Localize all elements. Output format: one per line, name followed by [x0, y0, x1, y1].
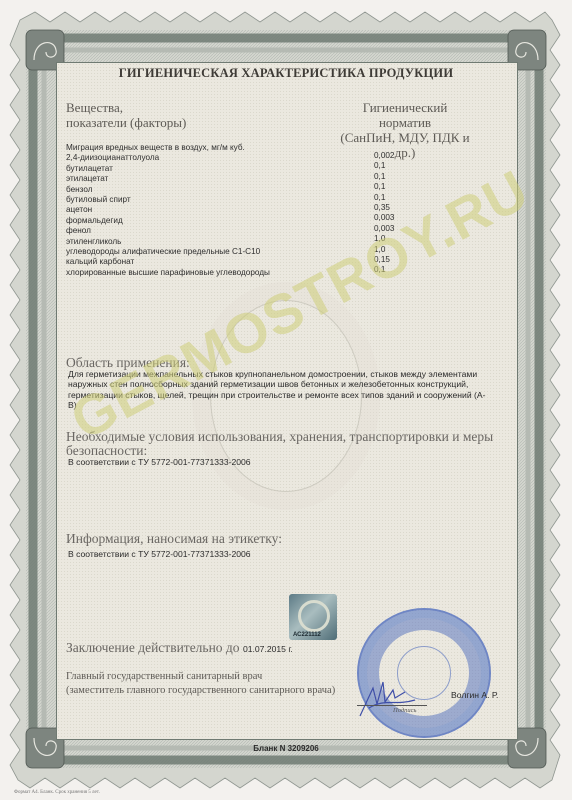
signatory-name: Волгин А. Р. [451, 690, 498, 700]
signature-line [357, 705, 427, 706]
norm-column-header: Гигиенический норматив (СанПиН, МДУ, ПДК… [330, 100, 480, 160]
blank-number: Бланк N 3209206 [0, 744, 572, 753]
substance-list: Миграция вредных веществ в воздух, мг/м … [66, 143, 270, 278]
signatory-title: Главный государственный санитарный врач … [66, 670, 335, 698]
substance-name: хлорированные высшие парафиновые углевод… [66, 268, 270, 278]
substance-norm-value: 1,0 [374, 234, 395, 244]
substance-name: этиленгликоль [66, 237, 270, 247]
signature-label: Подпись [393, 707, 417, 714]
label-info-heading: Информация, наносимая на этикетку: [66, 531, 282, 547]
substance-name: этилацетат [66, 174, 270, 184]
certificate-page: ГИГИЕНИЧЕСКАЯ ХАРАКТЕРИСТИКА ПРОДУКЦИИ В… [0, 0, 572, 800]
conditions-heading: Необходимые условия использования, хране… [66, 430, 496, 458]
substance-norm-value: 0,35 [374, 203, 395, 213]
substance-norm-value: 0,002 [374, 151, 395, 161]
substance-name: углеводороды алифатические предельные С1… [66, 247, 270, 257]
label-info-text: В соответствии с ТУ 5772-001-77371333-20… [68, 549, 488, 559]
substance-name: фенол [66, 226, 270, 236]
footer-note: Формат А4. Бланк. Срок хранения 5 лет. [14, 790, 100, 795]
substances-column-header: Вещества, показатели (факторы) [66, 100, 186, 130]
substance-norm-value: 0,1 [374, 265, 395, 275]
migration-header: Миграция вредных веществ в воздух, мг/м … [66, 143, 270, 153]
validity-date: 01.07.2015 г. [243, 644, 293, 654]
document-title: ГИГИЕНИЧЕСКАЯ ХАРАКТЕРИСТИКА ПРОДУКЦИИ [0, 66, 572, 81]
substance-name: бензол [66, 185, 270, 195]
validity-line: Заключение действительно до 01.07.2015 г… [66, 640, 293, 656]
validity-label: Заключение действительно до [66, 640, 240, 655]
substance-name: кальций карбонат [66, 257, 270, 267]
conditions-text: В соответствии с ТУ 5772-001-77371333-20… [68, 457, 488, 467]
hologram-code: АС221112 [293, 632, 321, 638]
substance-name: ацетон [66, 205, 270, 215]
substance-norm-value: 0,15 [374, 255, 395, 265]
hologram-logo-icon [298, 600, 330, 632]
substance-name: бутилацетат [66, 164, 270, 174]
hologram-sticker: АС221112 [289, 594, 337, 640]
substance-norm-value: 0,1 [374, 193, 395, 203]
substance-name: бутиловый спирт [66, 195, 270, 205]
substance-name: 2,4-диизоцианаттолуола [66, 153, 270, 163]
substance-norm-value: 0,1 [374, 182, 395, 192]
application-text: Для герметизации межпанельных стыков кру… [68, 369, 488, 411]
substance-norm-value: 1,0 [374, 245, 395, 255]
substance-norm-value: 0,1 [374, 172, 395, 182]
substance-norm-value: 0,003 [374, 224, 395, 234]
norm-values-list: 0,0020,10,10,10,10,350,0030,0031,01,00,1… [374, 151, 395, 276]
substance-name: формальдегид [66, 216, 270, 226]
substance-norm-value: 0,1 [374, 161, 395, 171]
substance-norm-value: 0,003 [374, 213, 395, 223]
